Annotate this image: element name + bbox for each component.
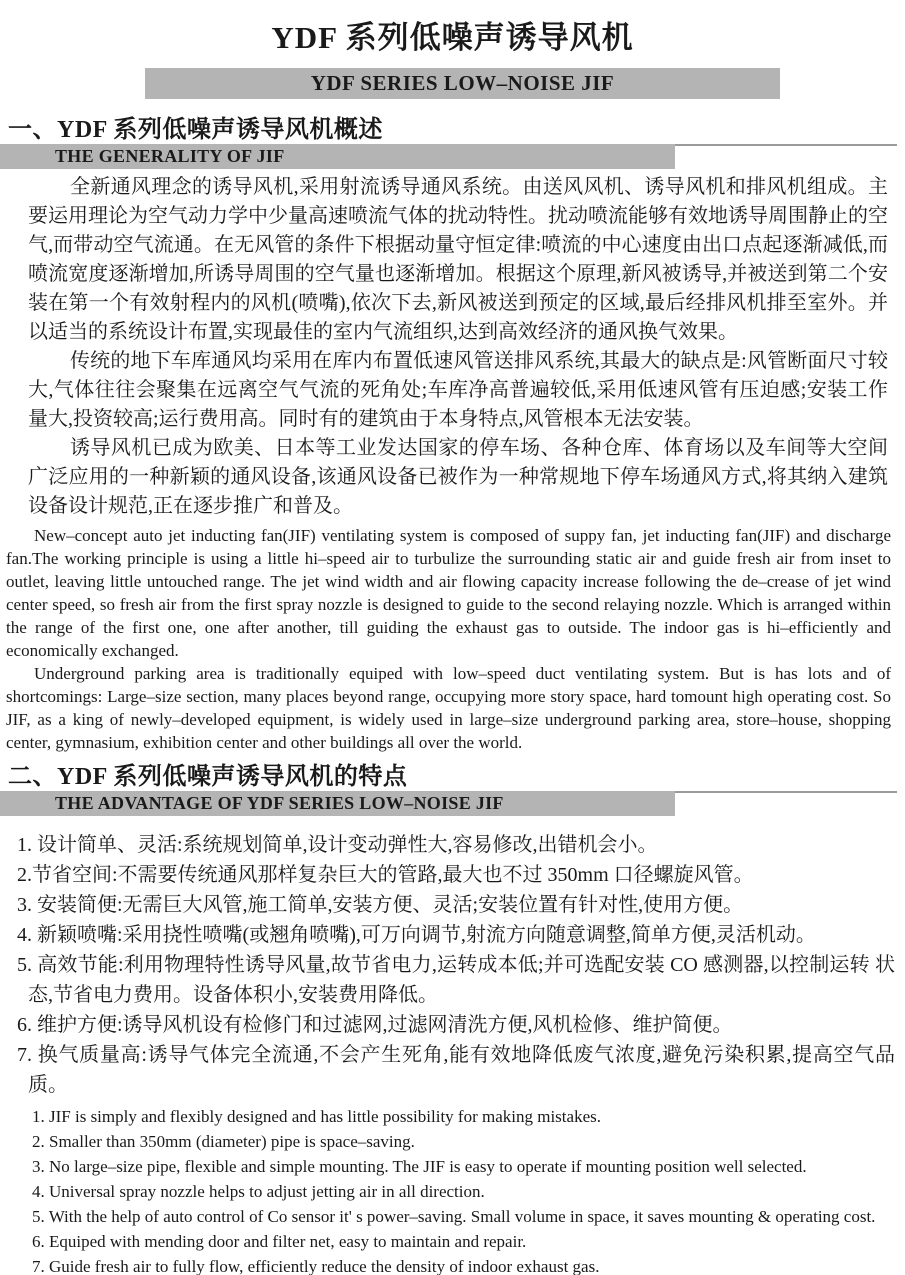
paragraph: 全新通风理念的诱导风机,采用射流诱导通风系统。由送风风机、诱导风机和排风机组成。… bbox=[28, 173, 888, 347]
page-title: YDF 系列低噪声诱导风机 bbox=[0, 0, 905, 57]
feature-item: 3. No large–size pipe, flexible and simp… bbox=[32, 1154, 897, 1179]
features-list-chinese: 1. 设计简单、灵活:系统规划简单,设计变动弹性大,容易修改,出错机会小。 2.… bbox=[0, 830, 895, 1100]
feature-item: 1. JIF is simply and flexibly designed a… bbox=[32, 1104, 897, 1129]
feature-item: 6. Equiped with mending door and filter … bbox=[32, 1229, 897, 1254]
section1-heading-bar-row: THE GENERALITY OF JIF bbox=[0, 144, 905, 169]
feature-item: 6. 维护方便:诱导风机设有检修门和过滤网,过滤网清洗方便,风机检修、维护简便。 bbox=[0, 1010, 895, 1040]
section2-heading: 二、YDF 系列低噪声诱导风机的特点 bbox=[8, 763, 905, 791]
feature-item: 4. 新颖喷嘴:采用挠性喷嘴(或翘角喷嘴),可万向调节,射流方向随意调整,简单方… bbox=[0, 920, 895, 950]
section2-heading-bar-row: THE ADVANTAGE OF YDF SERIES LOW–NOISE JI… bbox=[0, 791, 905, 816]
paragraph: New–concept auto jet inducting fan(JIF) … bbox=[6, 524, 891, 662]
feature-item: 3. 安装简便:无需巨大风管,施工简单,安装方便、灵活;安装位置有针对性,使用方… bbox=[0, 890, 895, 920]
feature-item: 4. Universal spray nozzle helps to adjus… bbox=[32, 1179, 897, 1204]
section2-english-heading-bar: THE ADVANTAGE OF YDF SERIES LOW–NOISE JI… bbox=[0, 791, 675, 816]
paragraph: 诱导风机已成为欧美、日本等工业发达国家的停车场、各种仓库、体育场以及车间等大空间… bbox=[28, 434, 888, 521]
feature-item: 2.节省空间:不需要传统通风那样复杂巨大的管路,最大也不过 350mm 口径螺旋… bbox=[0, 860, 895, 890]
feature-item: 5. 高效节能:利用物理特性诱导风量,故节省电力,运转成本低;并可选配安装 CO… bbox=[0, 950, 895, 1010]
feature-item: 7. Guide fresh air to fully flow, effici… bbox=[32, 1254, 897, 1275]
section1-heading-rule bbox=[675, 144, 897, 146]
section1-heading: 一、YDF 系列低噪声诱导风机概述 bbox=[8, 116, 905, 144]
subtitle-text: YDF SERIES LOW–NOISE JIF bbox=[311, 71, 615, 95]
section1-english-paragraphs: New–concept auto jet inducting fan(JIF) … bbox=[0, 524, 905, 754]
feature-item: 7. 换气质量高:诱导气体完全流通,不会产生死角,能有效地降低废气浓度,避免污染… bbox=[0, 1040, 895, 1100]
document-page: YDF 系列低噪声诱导风机 YDF SERIES LOW–NOISE JIF 一… bbox=[0, 0, 905, 1275]
section1-chinese-paragraphs: 全新通风理念的诱导风机,采用射流诱导通风系统。由送风风机、诱导风机和排风机组成。… bbox=[0, 173, 905, 521]
section1-english-heading-bar: THE GENERALITY OF JIF bbox=[0, 144, 675, 169]
features-list-english: 1. JIF is simply and flexibly designed a… bbox=[32, 1104, 897, 1275]
feature-item: 1. 设计简单、灵活:系统规划简单,设计变动弹性大,容易修改,出错机会小。 bbox=[0, 830, 895, 860]
section2-heading-rule bbox=[675, 791, 897, 793]
feature-item: 5. With the help of auto control of Co s… bbox=[32, 1204, 897, 1229]
paragraph: Underground parking area is traditionall… bbox=[6, 662, 891, 754]
feature-item: 2. Smaller than 350mm (diameter) pipe is… bbox=[32, 1129, 897, 1154]
paragraph: 传统的地下车库通风均采用在库内布置低速风管送排风系统,其最大的缺点是:风管断面尺… bbox=[28, 347, 888, 434]
subtitle-bar: YDF SERIES LOW–NOISE JIF bbox=[145, 68, 780, 99]
